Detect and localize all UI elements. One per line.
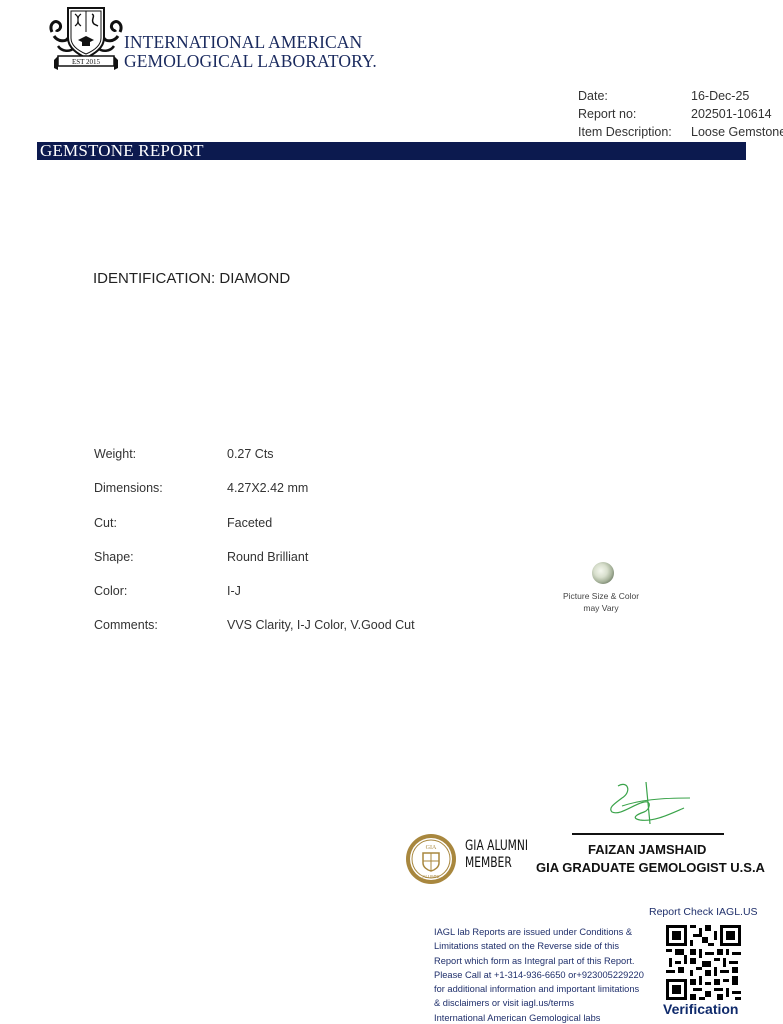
detail-value: Faceted bbox=[227, 516, 272, 550]
picture-caption: Picture Size & Color may Vary bbox=[555, 590, 647, 614]
disclaimer-line: IAGL lab Reports are issued under Condit… bbox=[434, 925, 659, 939]
picture-caption-line1: Picture Size & Color bbox=[555, 590, 647, 602]
signatory-name: FAIZAN JAMSHAID bbox=[588, 842, 706, 857]
disclaimer-line: International American Gemological labs bbox=[434, 1011, 659, 1024]
detail-row-dimensions: Dimensions: 4.27X2.42 mm bbox=[94, 481, 415, 515]
disclaimer-text: IAGL lab Reports are issued under Condit… bbox=[434, 925, 659, 1024]
detail-label: Shape: bbox=[94, 550, 227, 584]
item-description-value: Loose Gemstone bbox=[691, 123, 783, 141]
signatory-title: GIA GRADUATE GEMOLOGIST U.S.A bbox=[536, 860, 765, 875]
lab-name-line2: GEMOLOGICAL LABORATORY. bbox=[124, 52, 377, 71]
disclaimer-line: Report which form as Integral part of th… bbox=[434, 954, 659, 968]
lab-name: INTERNATIONAL AMERICAN GEMOLOGICAL LABOR… bbox=[124, 33, 377, 71]
disclaimer-line: for additional information and important… bbox=[434, 982, 659, 996]
gia-alumni-seal-icon: GIA ALUMNI bbox=[405, 833, 457, 885]
detail-row-weight: Weight: 0.27 Cts bbox=[94, 447, 415, 481]
detail-value: VVS Clarity, I-J Color, V.Good Cut bbox=[227, 618, 415, 652]
gia-alumni-line1: GIA ALUMNI bbox=[465, 838, 528, 855]
item-description-label: Item Description: bbox=[578, 123, 691, 141]
detail-value: 4.27X2.42 mm bbox=[227, 481, 308, 515]
detail-label: Dimensions: bbox=[94, 481, 227, 515]
report-meta: Date: 16-Dec-25 Report no: 202501-10614 … bbox=[578, 87, 783, 141]
detail-label: Color: bbox=[94, 584, 227, 618]
date-label: Date: bbox=[578, 87, 691, 105]
detail-value: Round Brilliant bbox=[227, 550, 308, 584]
disclaimer-line: & disclaimers or visit iagl.us/terms bbox=[434, 996, 659, 1010]
report-title: GEMSTONE REPORT bbox=[40, 141, 204, 161]
picture-caption-line2: may Vary bbox=[555, 602, 647, 614]
disclaimer-line: Please Call at +1-314-936-6650 or+923005… bbox=[434, 968, 659, 982]
report-title-banner: GEMSTONE REPORT bbox=[37, 142, 746, 160]
detail-value: 0.27 Cts bbox=[227, 447, 274, 481]
signature-icon bbox=[600, 778, 695, 830]
lab-name-line1: INTERNATIONAL AMERICAN bbox=[124, 33, 377, 52]
detail-row-comments: Comments: VVS Clarity, I-J Color, V.Good… bbox=[94, 618, 415, 652]
detail-row-cut: Cut: Faceted bbox=[94, 516, 415, 550]
detail-label: Cut: bbox=[94, 516, 227, 550]
diamond-picture-icon bbox=[592, 562, 614, 584]
qr-code-icon[interactable] bbox=[666, 925, 741, 1000]
svg-text:GIA: GIA bbox=[426, 845, 437, 851]
detail-value: I-J bbox=[227, 584, 241, 618]
detail-row-color: Color: I-J bbox=[94, 584, 415, 618]
svg-text:ALUMNI: ALUMNI bbox=[422, 874, 439, 879]
meta-report-no-row: Report no: 202501-10614 bbox=[578, 105, 783, 123]
date-value: 16-Dec-25 bbox=[691, 87, 749, 105]
gem-details: Weight: 0.27 Cts Dimensions: 4.27X2.42 m… bbox=[94, 447, 415, 653]
verification-label: Verification bbox=[663, 1001, 738, 1017]
svg-text:EST 2015: EST 2015 bbox=[72, 58, 101, 66]
meta-date-row: Date: 16-Dec-25 bbox=[578, 87, 783, 105]
meta-item-description-row: Item Description: Loose Gemstone bbox=[578, 123, 783, 141]
report-no-value: 202501-10614 bbox=[691, 105, 772, 123]
lab-crest-logo-icon: EST 2015 bbox=[48, 2, 124, 72]
gia-alumni-label: GIA ALUMNI MEMBER bbox=[465, 838, 528, 872]
gia-alumni-line2: MEMBER bbox=[465, 855, 528, 872]
identification-heading: IDENTIFICATION: DIAMOND bbox=[93, 270, 290, 287]
report-check-caption: Report Check IAGL.US bbox=[649, 906, 758, 918]
signature-line bbox=[572, 833, 724, 835]
detail-row-shape: Shape: Round Brilliant bbox=[94, 550, 415, 584]
report-no-label: Report no: bbox=[578, 105, 691, 123]
detail-label: Comments: bbox=[94, 618, 227, 652]
disclaimer-line: Limitations stated on the Reverse side o… bbox=[434, 939, 659, 953]
detail-label: Weight: bbox=[94, 447, 227, 481]
